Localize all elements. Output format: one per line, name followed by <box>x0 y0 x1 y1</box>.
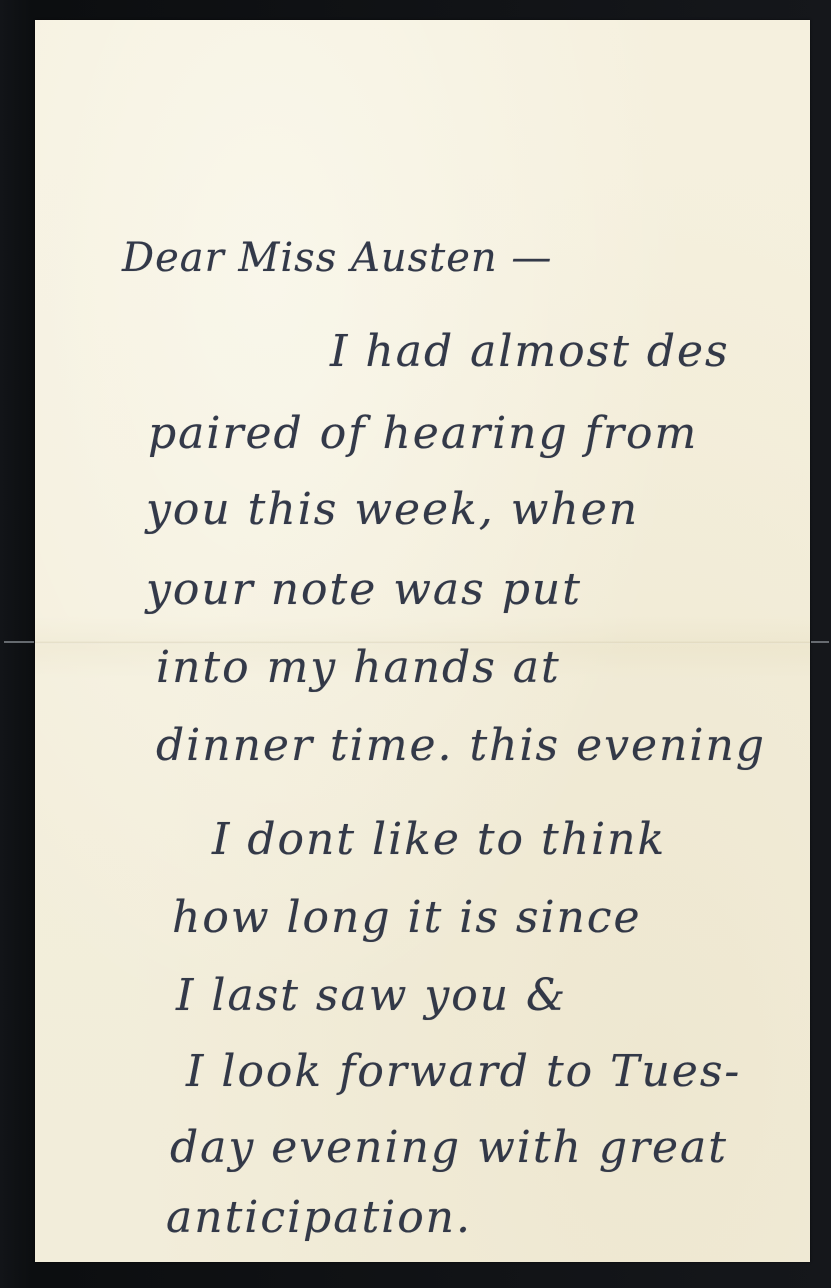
letter-line: I look forward to Tues- <box>186 1050 741 1094</box>
letter-salutation: Dear Miss Austen — <box>122 238 552 278</box>
letter-line: paired of hearing from <box>148 412 698 456</box>
letter-line: day evening with great <box>170 1126 728 1170</box>
letter-line: I had almost des <box>330 330 730 374</box>
letter-line: your note was put <box>146 568 582 612</box>
letter-line: dinner time. this evening <box>156 724 766 768</box>
letter-line: how long it is since <box>172 896 642 940</box>
letter-line: you this week, when <box>146 488 639 532</box>
letter-line: I last saw you & <box>176 974 567 1018</box>
letter-line: anticipation. <box>166 1196 472 1240</box>
letter-line: into my hands at <box>156 646 561 690</box>
letter-line: I dont like to think <box>212 818 666 862</box>
letter-body: Dear Miss Austen — I had almost des pair… <box>0 0 831 1288</box>
